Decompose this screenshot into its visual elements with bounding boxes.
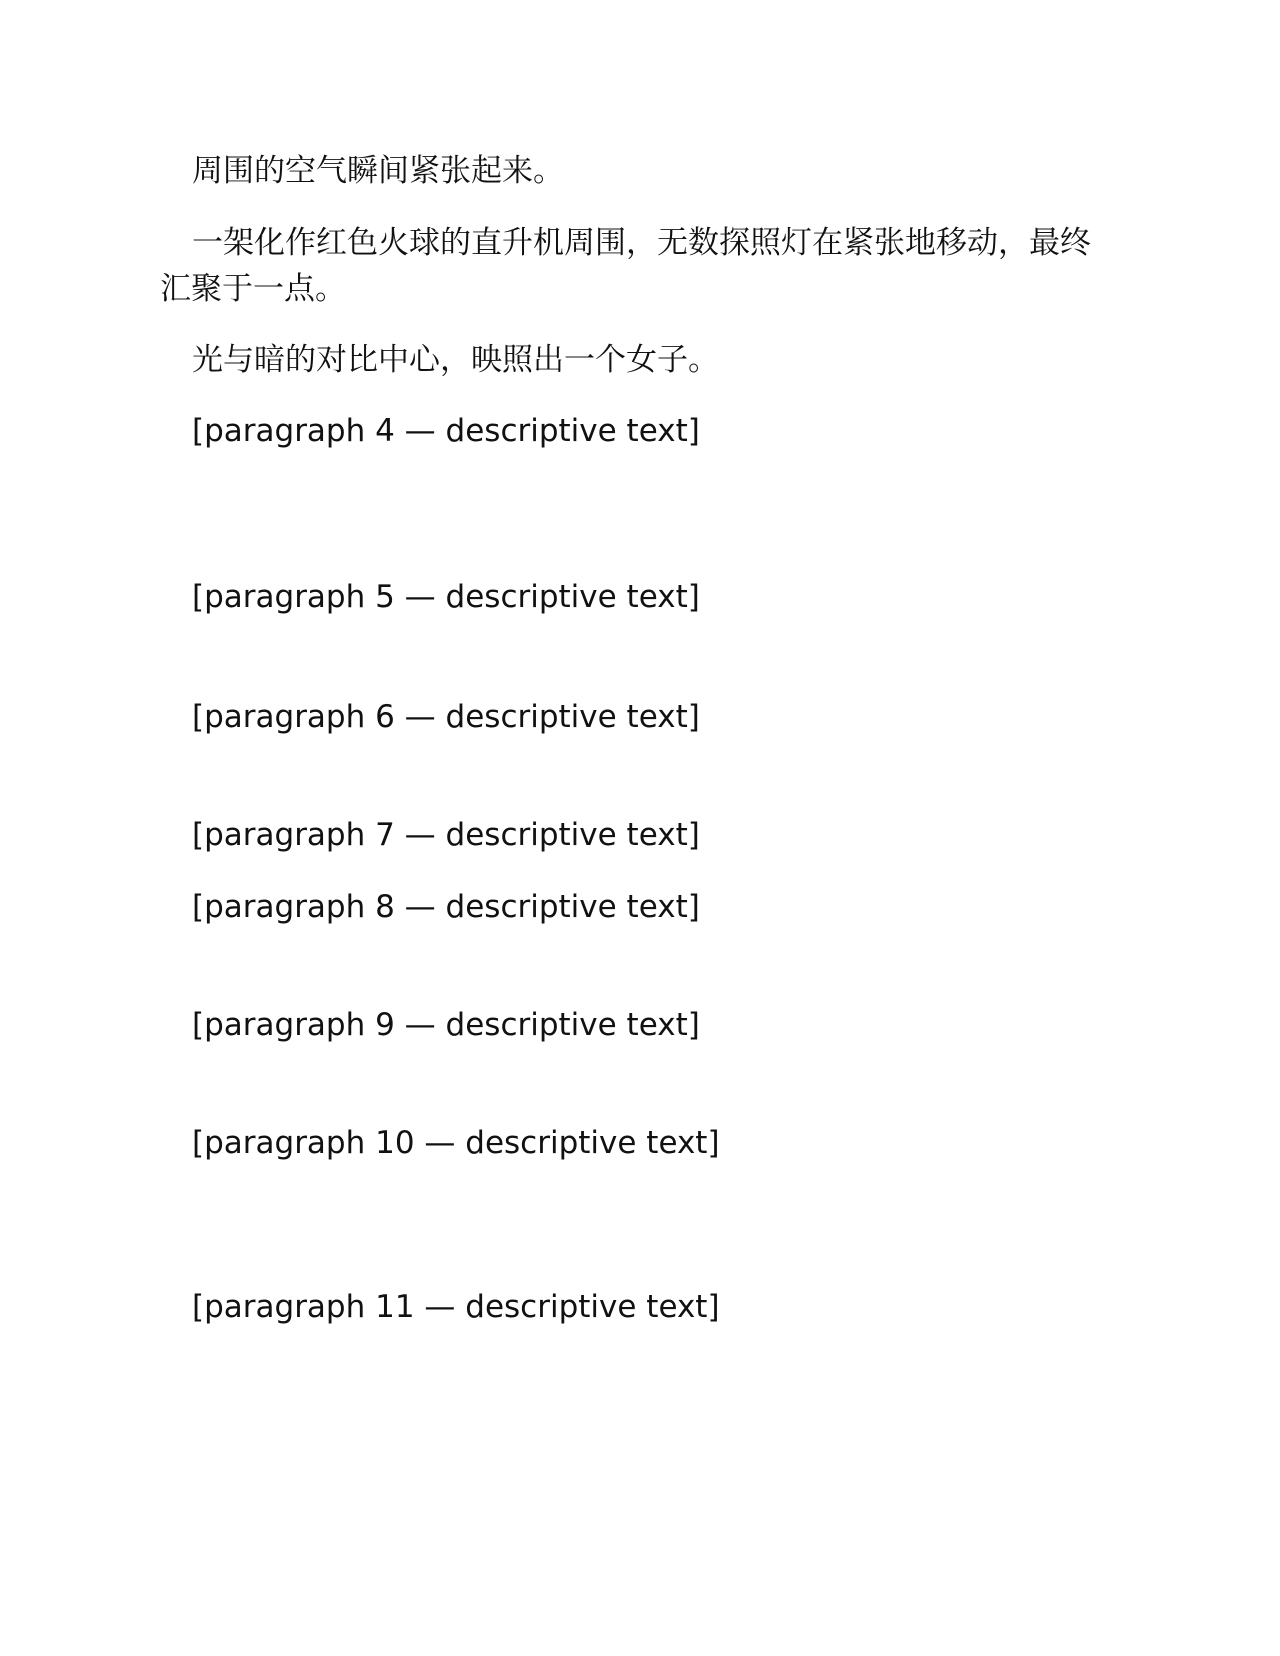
paragraph: [paragraph 6 — descriptive text] [160,694,1120,740]
document-page: 周围的空气瞬间紧张起来。 一架化作红色火球的直升机周围，无数探照灯在紧张地移动，… [0,0,1280,1656]
paragraph: 光与暗的对比中心，映照出一个女子。 [160,337,1120,383]
paragraph: 一架化作红色火球的直升机周围，无数探照灯在紧张地移动，最终汇聚于一点。 [160,220,1120,312]
paragraph: [paragraph 8 — descriptive text] [160,884,1120,930]
paragraph: [paragraph 9 — descriptive text] [160,1002,1120,1048]
paragraph: [paragraph 10 — descriptive text] [160,1120,1120,1166]
paragraph: [paragraph 11 — descriptive text] [160,1284,1120,1330]
paragraph: 周围的空气瞬间紧张起来。 [160,148,1120,194]
paragraph: [paragraph 4 — descriptive text] [160,408,1120,454]
paragraph: [paragraph 5 — descriptive text] [160,574,1120,620]
paragraph: [paragraph 7 — descriptive text] [160,812,1120,858]
